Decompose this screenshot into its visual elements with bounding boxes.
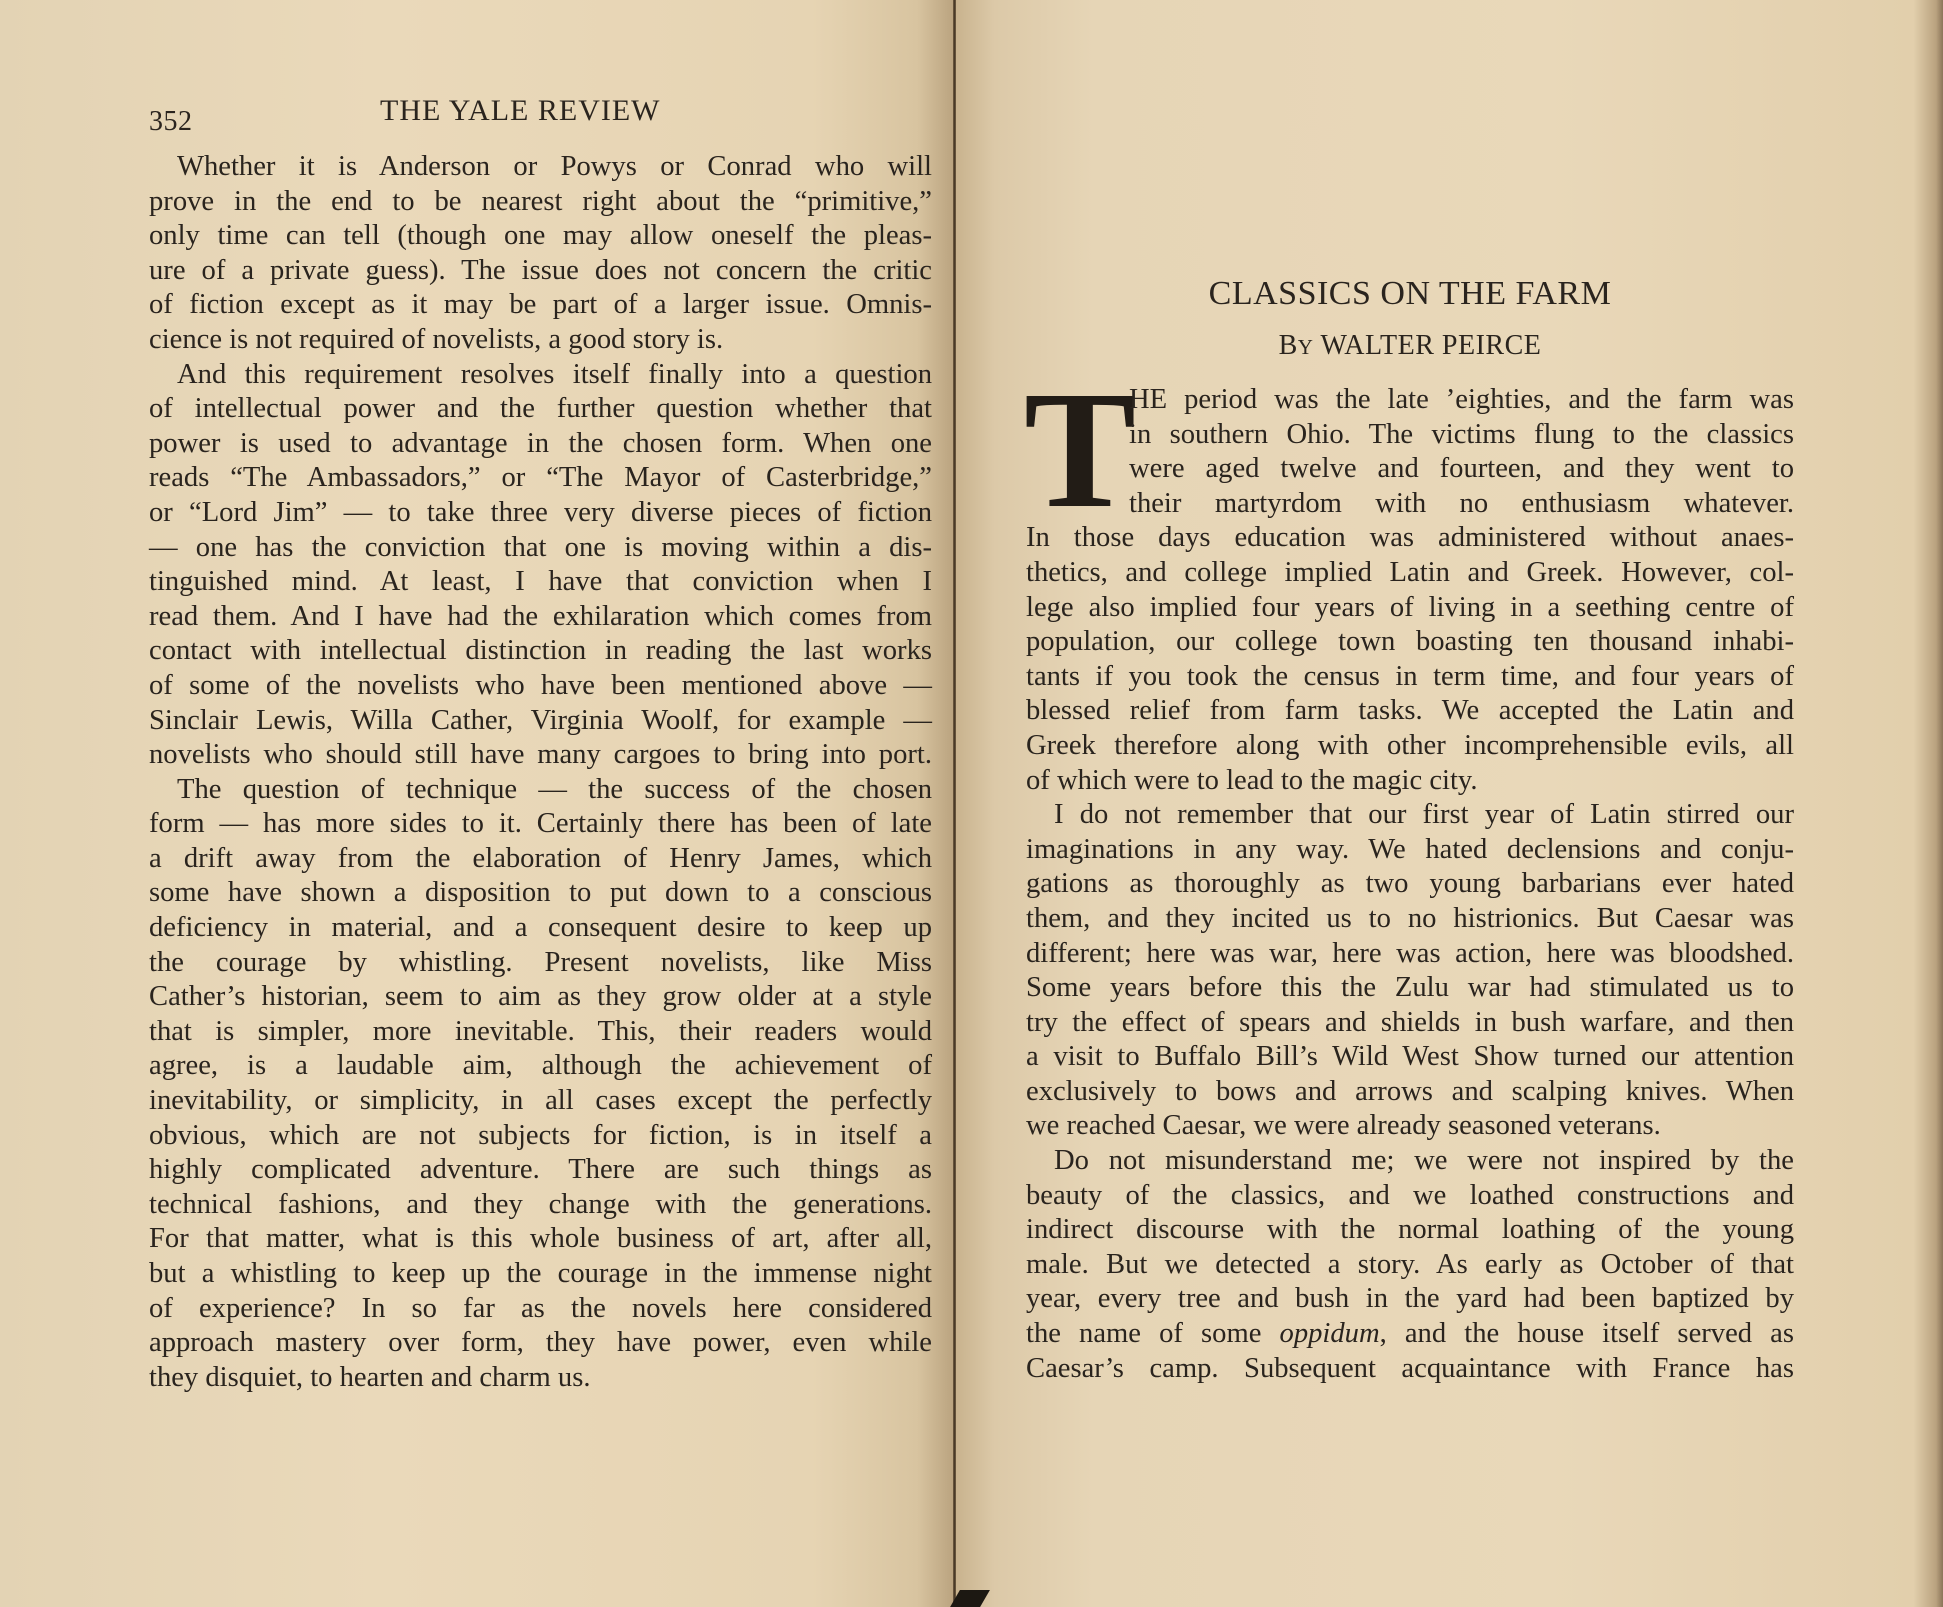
text-line: tinguished mind. At least, I have that c… bbox=[149, 565, 932, 600]
text-line: Cather’s historian, seem to aim as they … bbox=[149, 980, 932, 1015]
text-line: approach mastery over form, they have po… bbox=[149, 1326, 932, 1361]
byline-by-initial: B bbox=[1279, 330, 1298, 361]
text-line: tants if you took the census in term tim… bbox=[1026, 660, 1794, 695]
text-line: For that matter, what is this whole busi… bbox=[149, 1222, 932, 1257]
text-line: indirect discourse with the normal loath… bbox=[1026, 1213, 1794, 1248]
article-byline: BY WALTER PEIRCE bbox=[1026, 330, 1794, 362]
text-line: we reached Caesar, we were already seaso… bbox=[1026, 1109, 1794, 1144]
text-line: but a whistling to keep up the courage i… bbox=[149, 1257, 932, 1292]
text-line: male. But we detected a story. As early … bbox=[1026, 1248, 1794, 1283]
text-line: of fiction except as it may be part of a… bbox=[149, 288, 932, 323]
text-line: that is simpler, more inevitable. This, … bbox=[149, 1015, 932, 1050]
text-line: technical fashions, and they change with… bbox=[149, 1188, 932, 1223]
text-line: — one has the conviction that one is mov… bbox=[149, 531, 932, 566]
byline-author: WALTER PEIRCE bbox=[1320, 330, 1541, 361]
text-line: they disquiet, to hearten and charm us. bbox=[149, 1361, 932, 1396]
text-line: agree, is a laudable aim, although the a… bbox=[149, 1049, 932, 1084]
text-line: Caesar’s camp. Subsequent acquaintance w… bbox=[1026, 1352, 1794, 1387]
text-line: only time can tell (though one may allow… bbox=[149, 219, 932, 254]
text-line: lege also implied four years of living i… bbox=[1026, 591, 1794, 626]
text-line: power is used to advantage in the chosen… bbox=[149, 427, 932, 462]
text-line: in southern Ohio. The victims flung to t… bbox=[1026, 418, 1794, 453]
text-line: In those days education was administered… bbox=[1026, 521, 1794, 556]
text-line: ure of a private guess). The issue does … bbox=[149, 254, 932, 289]
text-line: of some of the novelists who have been m… bbox=[149, 669, 932, 704]
left-page-body: Whether it is Anderson or Powys or Conra… bbox=[149, 150, 932, 1395]
article-title: CLASSICS ON THE FARM bbox=[1026, 275, 1794, 313]
text-line: highly complicated adventure. There are … bbox=[149, 1153, 932, 1188]
text-line: thetics, and college implied Latin and G… bbox=[1026, 556, 1794, 591]
text-line: different; here was war, here was action… bbox=[1026, 937, 1794, 972]
text-line: Greek therefore along with other incompr… bbox=[1026, 729, 1794, 764]
text-line: read them. And I have had the exhilarati… bbox=[149, 600, 932, 635]
text-line: population, our college town boasting te… bbox=[1026, 625, 1794, 660]
text-line: gations as thoroughly as two young barba… bbox=[1026, 867, 1794, 902]
right-page-body: HE period was the late ’eighties, and th… bbox=[1026, 383, 1794, 1386]
byline-by-rest: Y bbox=[1298, 335, 1314, 359]
text-line: or “Lord Jim” — to take three very diver… bbox=[149, 496, 932, 531]
text-line: reads “The Ambassadors,” or “The Mayor o… bbox=[149, 461, 932, 496]
text-line: try the effect of spears and shields in … bbox=[1026, 1006, 1794, 1041]
text-line: were aged twelve and fourteen, and they … bbox=[1026, 452, 1794, 487]
text-line: I do not remember that our first year of… bbox=[1026, 798, 1794, 833]
running-head: 352 THE YALE REVIEW bbox=[0, 94, 955, 134]
text-line: of intellectual power and the further qu… bbox=[149, 392, 932, 427]
page-number: 352 bbox=[149, 106, 193, 138]
text-line: year, every tree and bush in the yard ha… bbox=[1026, 1282, 1794, 1317]
text-line: novelists who should still have many car… bbox=[149, 738, 932, 773]
text-line: obvious, which are not subjects for fict… bbox=[149, 1119, 932, 1154]
text-line: the courage by whistling. Present noveli… bbox=[149, 946, 932, 981]
text-line: prove in the end to be nearest right abo… bbox=[149, 185, 932, 220]
text-line: The question of technique — the success … bbox=[149, 773, 932, 808]
text-line: contact with intellectual distinction in… bbox=[149, 634, 932, 669]
journal-title: THE YALE REVIEW bbox=[380, 94, 661, 128]
text-line: of experience? In so far as the novels h… bbox=[149, 1292, 932, 1327]
text-line: form — has more sides to it. Certainly t… bbox=[149, 807, 932, 842]
text-line: blessed relief from farm tasks. We accep… bbox=[1026, 694, 1794, 729]
text-line: Whether it is Anderson or Powys or Conra… bbox=[149, 150, 932, 185]
text-line: inevitability, or simplicity, in all cas… bbox=[149, 1084, 932, 1119]
text-line: And this requirement resolves itself fin… bbox=[149, 358, 932, 393]
book-spread: 352 THE YALE REVIEW Whether it is Anders… bbox=[0, 0, 1943, 1607]
text-line: their martyrdom with no enthusiasm whate… bbox=[1026, 487, 1794, 522]
text-line: them, and they incited us to no histrion… bbox=[1026, 902, 1794, 937]
text-line: of which were to lead to the magic city. bbox=[1026, 764, 1794, 799]
text-line: Some years before this the Zulu war had … bbox=[1026, 971, 1794, 1006]
text-line: cience is not required of novelists, a g… bbox=[149, 323, 932, 358]
text-line: HE period was the late ’eighties, and th… bbox=[1026, 383, 1794, 418]
text-line: Sinclair Lewis, Willa Cather, Virginia W… bbox=[149, 704, 932, 739]
text-line: deficiency in material, and a consequent… bbox=[149, 911, 932, 946]
text-line: Do not misunderstand me; we were not ins… bbox=[1026, 1144, 1794, 1179]
text-line: a visit to Buffalo Bill’s Wild West Show… bbox=[1026, 1040, 1794, 1075]
text-line: exclusively to bows and arrows and scalp… bbox=[1026, 1075, 1794, 1110]
text-line: some have shown a disposition to put dow… bbox=[149, 876, 932, 911]
text-line: the name of some oppidum, and the house … bbox=[1026, 1317, 1794, 1352]
text-line: imaginations in any way. We hated declen… bbox=[1026, 833, 1794, 868]
text-line: a drift away from the elaboration of Hen… bbox=[149, 842, 932, 877]
text-line: beauty of the classics, and we loathed c… bbox=[1026, 1179, 1794, 1214]
book-gutter bbox=[953, 0, 956, 1607]
